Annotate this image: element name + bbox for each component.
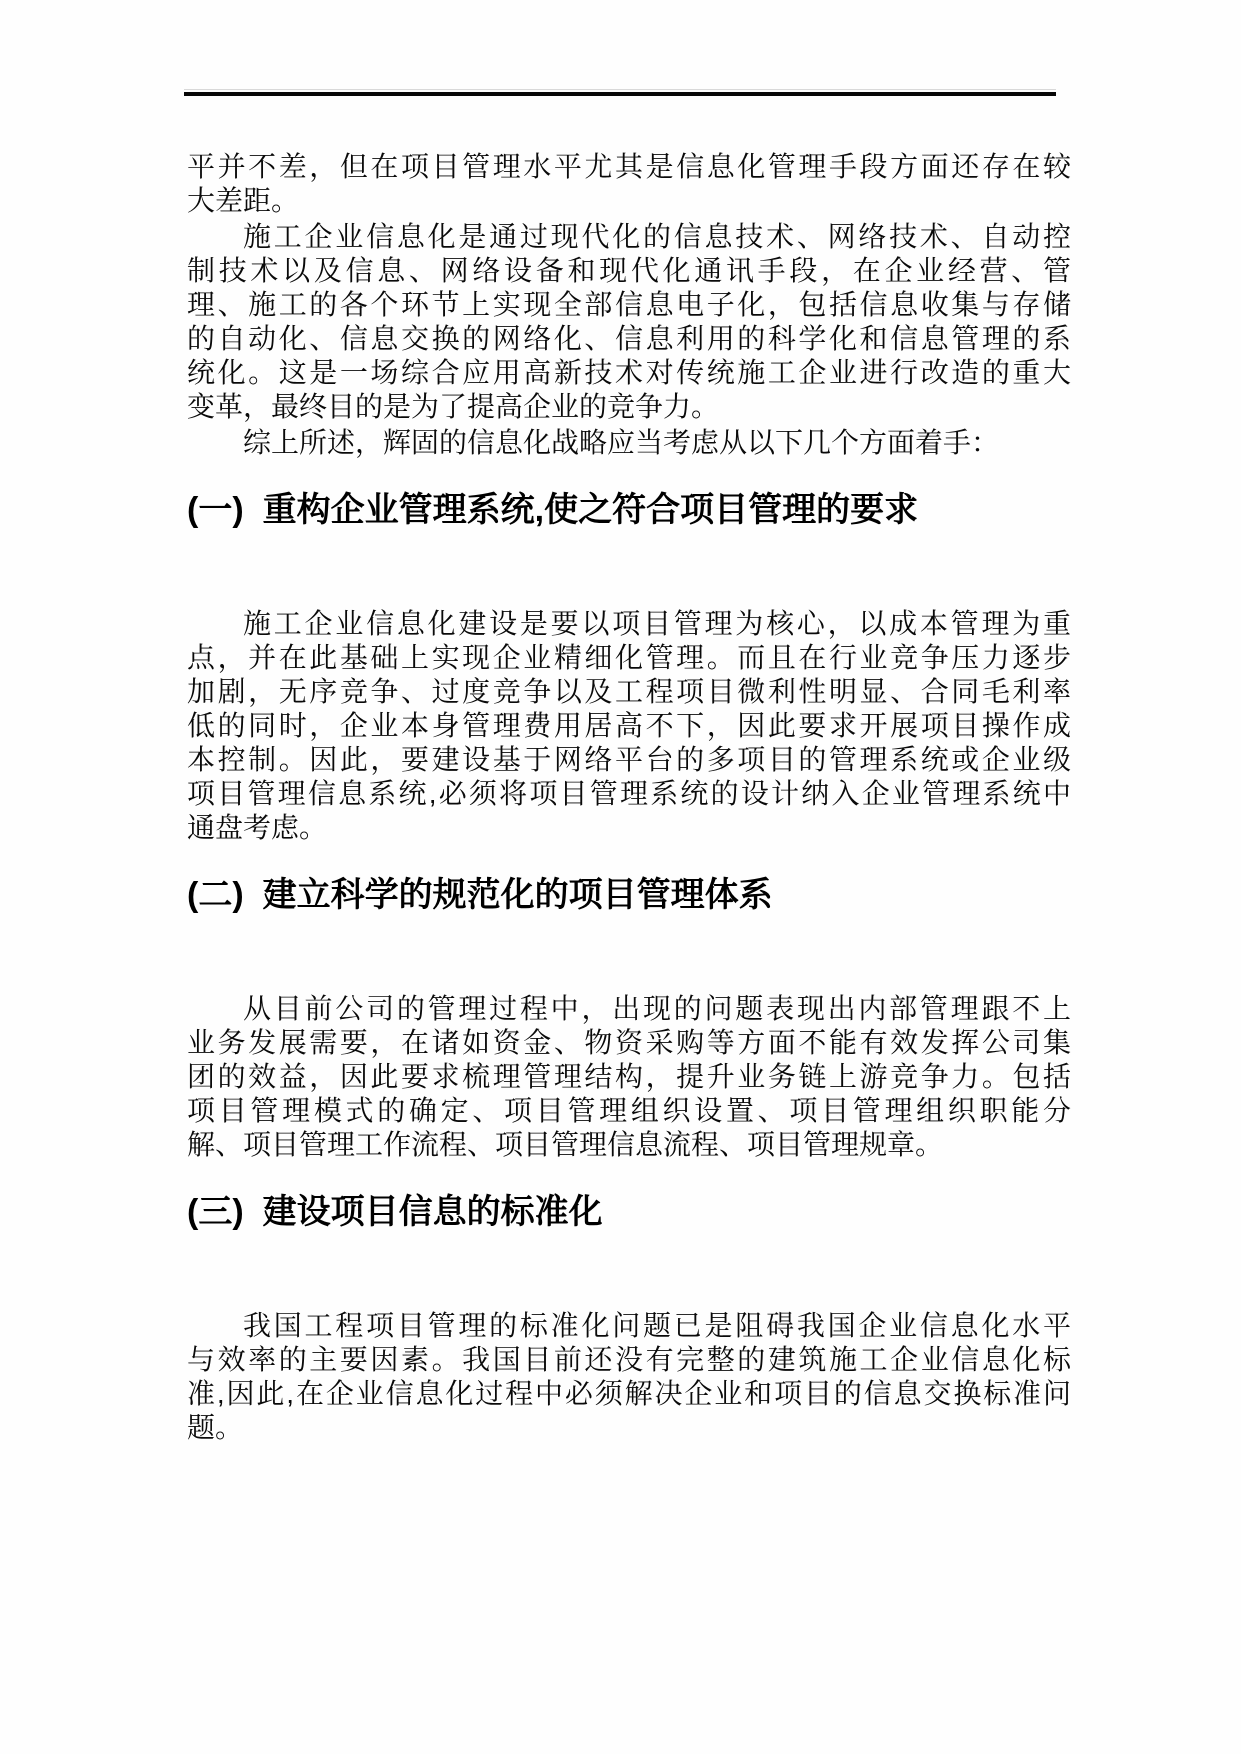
text-line: 理、施工的各个环节上实现全部信息电子化，包括信息收集与存储 (187, 288, 1071, 322)
text-line: 的自动化、信息交换的网络化、信息利用的科学化和信息管理的系 (187, 322, 1071, 356)
text-line: 从目前公司的管理过程中，出现的问题表现出内部管理跟不上 (187, 992, 1071, 1026)
text-line: 我国工程项目管理的标准化问题已是阻碍我国企业信息化水平 (187, 1309, 1071, 1343)
text-line: 统化。这是一场综合应用高新技术对传统施工企业进行改造的重大 (187, 356, 1071, 390)
text-line: 大差距。 (187, 184, 1071, 218)
text-line: 项目管理信息系统,必须将项目管理系统的设计纳入企业管理系统中 (187, 777, 1071, 811)
text-line: 与效率的主要因素。我国目前还没有完整的建筑施工企业信息化标 (187, 1343, 1071, 1377)
paragraph: 我国工程项目管理的标准化问题已是阻碍我国企业信息化水平与效率的主要因素。我国目前… (187, 1309, 1071, 1445)
section-heading: (一)重构企业管理系统,使之符合项目管理的要求 (187, 488, 1071, 532)
header-rule (184, 89, 1056, 96)
text-line: 变革，最终目的是为了提高企业的竞争力。 (187, 390, 1071, 424)
text-line: 团的效益，因此要求梳理管理结构，提升业务链上游竞争力。包括 (187, 1060, 1071, 1094)
document-content: 平并不差，但在项目管理水平尤其是信息化管理手段方面还存在较大差距。施工企业信息化… (187, 150, 1071, 1447)
paragraph: 平并不差，但在项目管理水平尤其是信息化管理手段方面还存在较大差距。 (187, 150, 1071, 218)
heading-text: 建设项目信息的标准化 (263, 1193, 603, 1231)
heading-text: 建立科学的规范化的项目管理体系 (263, 876, 773, 914)
text-line: 施工企业信息化是通过现代化的信息技术、网络技术、自动控 (187, 220, 1071, 254)
paragraph: 从目前公司的管理过程中，出现的问题表现出内部管理跟不上业务发展需要，在诸如资金、… (187, 992, 1071, 1162)
header-rule-thin-line (184, 89, 1056, 90)
text-line: 通盘考虑。 (187, 811, 1071, 845)
text-line: 施工企业信息化建设是要以项目管理为核心，以成本管理为重 (187, 607, 1071, 641)
paragraph: 施工企业信息化建设是要以项目管理为核心，以成本管理为重点，并在此基础上实现企业精… (187, 607, 1071, 845)
paragraph: 综上所述，辉固的信息化战略应当考虑从以下几个方面着手： (187, 426, 1071, 460)
text-line: 本控制。因此，要建设基于网络平台的多项目的管理系统或企业级 (187, 743, 1071, 777)
heading-text: 重构企业管理系统,使之符合项目管理的要求 (263, 491, 918, 529)
text-line: 综上所述，辉固的信息化战略应当考虑从以下几个方面着手： (187, 426, 1071, 460)
header-rule-thick-line (184, 92, 1056, 96)
text-line: 加剧，无序竞争、过度竞争以及工程项目微利性明显、合同毛利率 (187, 675, 1071, 709)
text-line: 平并不差，但在项目管理水平尤其是信息化管理手段方面还存在较 (187, 150, 1071, 184)
heading-number: (三) (187, 1193, 244, 1231)
document-page: 平并不差，但在项目管理水平尤其是信息化管理手段方面还存在较大差距。施工企业信息化… (0, 0, 1241, 1754)
section-heading: (三)建设项目信息的标准化 (187, 1190, 1071, 1234)
text-line: 解、项目管理工作流程、项目管理信息流程、项目管理规章。 (187, 1128, 1071, 1162)
section-heading: (二)建立科学的规范化的项目管理体系 (187, 873, 1071, 917)
heading-number: (一) (187, 491, 244, 529)
text-line: 题。 (187, 1411, 1071, 1445)
text-line: 项目管理模式的确定、项目管理组织设置、项目管理组织职能分 (187, 1094, 1071, 1128)
paragraph: 施工企业信息化是通过现代化的信息技术、网络技术、自动控制技术以及信息、网络设备和… (187, 220, 1071, 424)
text-line: 点，并在此基础上实现企业精细化管理。而且在行业竞争压力逐步 (187, 641, 1071, 675)
text-line: 准,因此,在企业信息化过程中必须解决企业和项目的信息交换标准问 (187, 1377, 1071, 1411)
heading-number: (二) (187, 876, 244, 914)
text-line: 低的同时，企业本身管理费用居高不下，因此要求开展项目操作成 (187, 709, 1071, 743)
text-line: 业务发展需要，在诸如资金、物资采购等方面不能有效发挥公司集 (187, 1026, 1071, 1060)
text-line: 制技术以及信息、网络设备和现代化通讯手段，在企业经营、管 (187, 254, 1071, 288)
